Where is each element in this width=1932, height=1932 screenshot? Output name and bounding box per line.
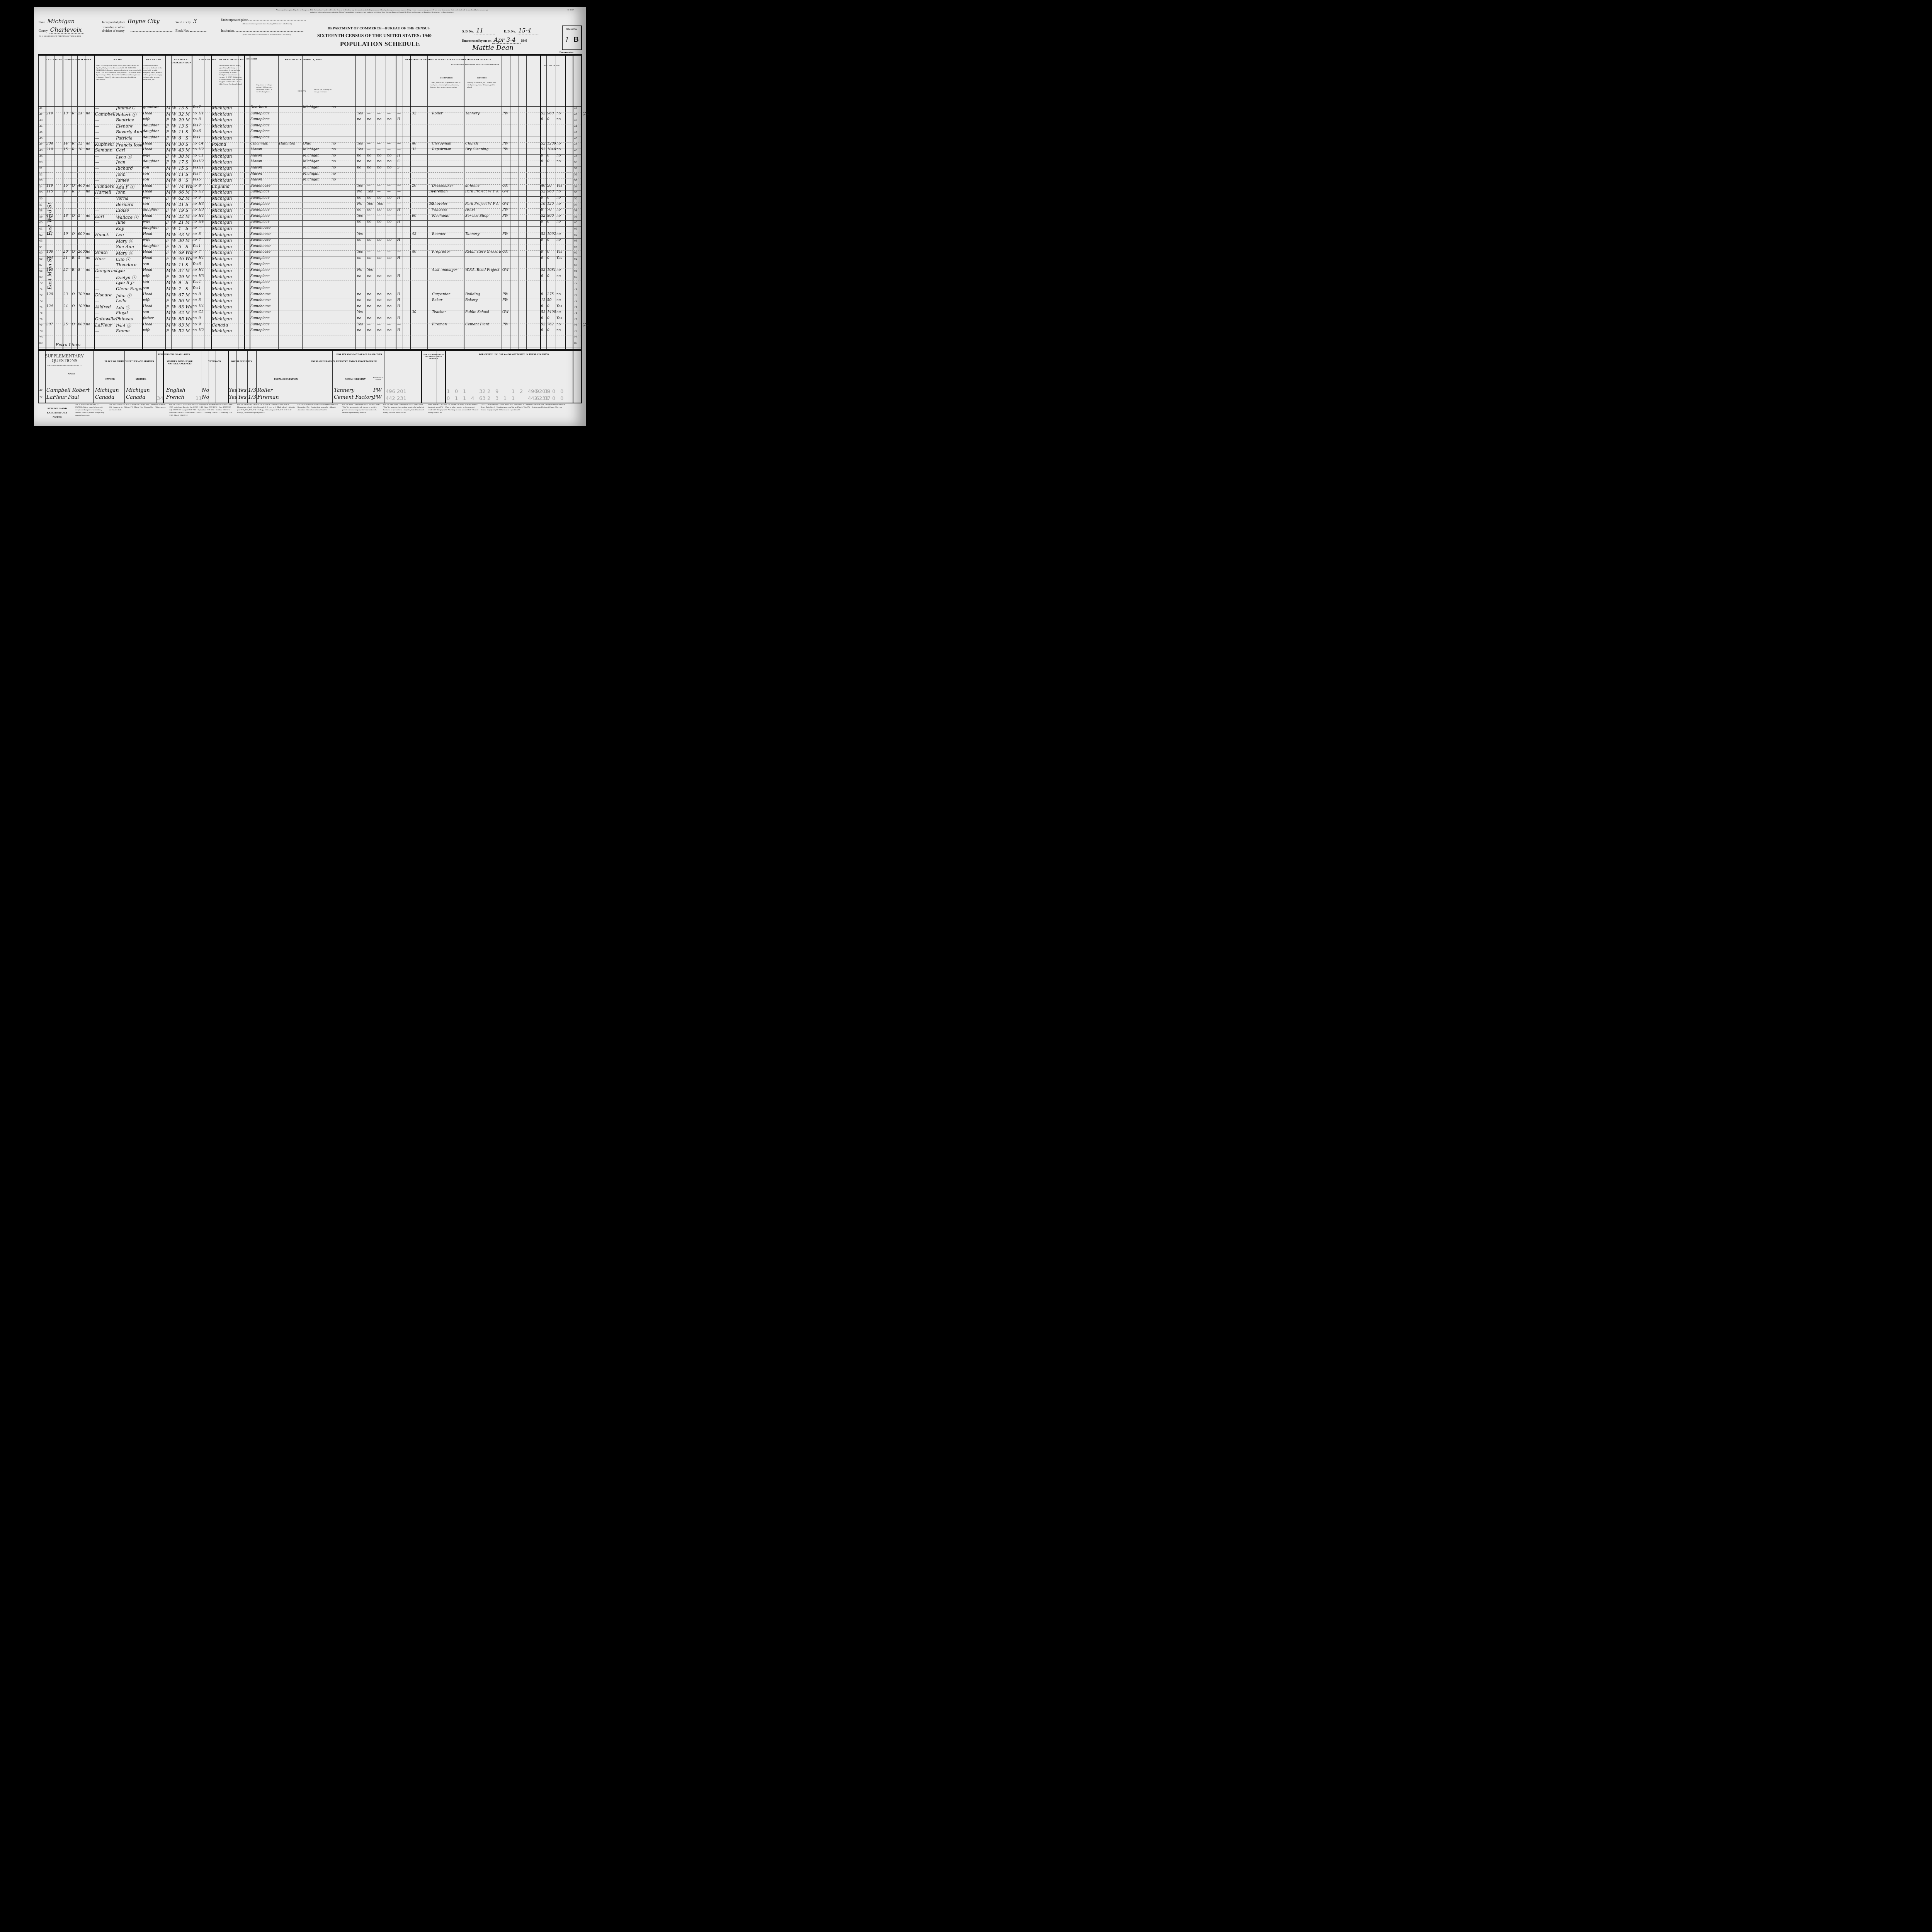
office-use-cell: 9 [495, 389, 498, 395]
cell-race: W [172, 226, 176, 231]
cell-birth: Michigan [212, 112, 232, 117]
cell-race: W [172, 214, 176, 219]
cell-rel: son [143, 286, 149, 290]
cell-age: 85 [179, 316, 184, 321]
cell-weeks: 0 [541, 304, 543, 308]
cell-w24: no [387, 208, 391, 212]
cell-weeks: 0 [541, 256, 543, 260]
cell-res-city: Samehouse [250, 232, 270, 236]
cell-given: Robert ⓧ [116, 112, 142, 118]
cell-ms: S [185, 105, 189, 111]
cell-w25: — [397, 190, 401, 194]
supp-cell-mother: Michigan [126, 388, 150, 393]
cell-w22: no [367, 304, 371, 308]
cell-rel: son [143, 172, 149, 176]
cell-line: 55 [39, 191, 43, 194]
cell-ms: Wd [185, 304, 192, 310]
cell-sex: F [166, 298, 169, 303]
cell-house: 115 [46, 190, 53, 194]
block-field: Block Nos. [175, 29, 207, 32]
cell-given: Kay [116, 226, 142, 231]
cell-w25: — [397, 214, 401, 218]
cell-res-city: Cincinnati [250, 142, 269, 146]
industry-examples: Industry or business, as— cotton mill, r… [467, 82, 498, 89]
supp-cell-mother: Canada [126, 395, 145, 400]
line-number-right: 68 [574, 270, 577, 272]
line-number-right: 47 [574, 143, 577, 146]
cell-race: W [172, 112, 176, 117]
supp-ss-header: SOCIAL SECURITY [230, 361, 253, 363]
cell-res-city: Sameplace [250, 280, 270, 284]
cell-sex: F [166, 117, 169, 122]
cell-ind: Cement Plant [465, 323, 501, 327]
cell-rel: daughter [143, 124, 159, 128]
cell-cls: PW [502, 298, 508, 302]
cell-weeks: 8 [541, 293, 543, 296]
cell-sex: M [166, 105, 170, 111]
cell-rel: son [143, 310, 149, 314]
cell-given: Floyd [116, 310, 142, 315]
cell-birth: Michigan [212, 136, 232, 141]
cell-sex: M [166, 293, 170, 298]
cell-w23: — [377, 323, 381, 327]
cell-res-farm: no [332, 148, 336, 151]
cell-surname: Samann [95, 148, 116, 153]
cell-fam: 20 [63, 250, 68, 254]
line-number-right: 62 [574, 234, 577, 236]
cell-res-city: Mason [250, 154, 262, 158]
line-number-right: 41 [574, 107, 577, 110]
cell-surname: Dangerman [95, 268, 116, 273]
cell-birth: Michigan [212, 268, 232, 273]
cell-race: W [172, 208, 176, 213]
cell-school: Yes [192, 160, 198, 163]
cell-weeks: 52 [541, 323, 545, 327]
cell-wages: 1400 [547, 310, 556, 314]
cell-res-city: Sameplace [250, 129, 270, 133]
cell-rel: Head [143, 148, 152, 151]
cell-cls: PW [502, 112, 508, 116]
cell-given: June [116, 220, 142, 225]
cell-ms: S [185, 172, 189, 177]
cell-race: W [172, 166, 176, 171]
name-instructions: Name of each person whose usual place of… [96, 65, 141, 81]
cell-surname: — [95, 298, 116, 303]
note-col16: Col. 16. CITIZENSHIP OF THE FOREIGN BORN… [298, 403, 340, 412]
cell-grade: 7 [199, 172, 201, 176]
cell-ms: S [185, 208, 189, 213]
cell-given: Ada F ⓧ [116, 184, 142, 190]
cell-surname: Houck [95, 232, 116, 237]
note-col5: Col. 5. VALUE OF HOME, IF OWNED: Where o… [75, 403, 106, 417]
cell-house: 119 [46, 184, 53, 188]
cell-race: W [172, 262, 176, 267]
cell-w22: no [367, 328, 371, 332]
cell-birth: England [212, 184, 230, 189]
cell-w24: — [387, 268, 391, 272]
cell-line: 47 [39, 143, 43, 146]
cell-birth: Michigan [212, 172, 232, 177]
line-number-right: 75 [574, 312, 577, 315]
cell-school: no [192, 232, 197, 236]
sheet-side: B [573, 36, 579, 44]
cell-other: no [556, 148, 561, 151]
line-number-right: 72 [574, 294, 577, 297]
cell-w25: H [397, 196, 400, 200]
cell-w23: no [377, 117, 381, 121]
cell-res-city: Sameplace [250, 286, 270, 290]
cell-w24: no [387, 316, 391, 320]
cell-surname: — [95, 220, 116, 225]
cell-given: Phineas [116, 316, 142, 321]
cell-res-state: Michigan [303, 148, 320, 151]
cell-cls: PW [502, 214, 508, 218]
cell-surname: — [95, 286, 116, 291]
supp-cell-ss-pct: 1/3 [248, 395, 256, 400]
institution-note: (Give name and also line numbers on whic… [243, 34, 291, 36]
cell-w25: — [397, 142, 401, 146]
cell-birth: Canada [212, 323, 228, 328]
cell-wages: 0 [547, 238, 549, 242]
cell-ind: W.P.A. Road Project [465, 268, 501, 272]
cell-birth: Michigan [212, 298, 232, 303]
cell-res-city: Samehouse [250, 184, 270, 188]
cell-given: Lyca ⓧ [116, 154, 142, 160]
cell-surname: Campbell [95, 112, 116, 117]
cell-sex: F [166, 226, 169, 231]
cell-rel: wife [143, 154, 150, 158]
cell-line: 64 [39, 246, 43, 248]
incorporated-place-field: Incorporated place Boyne City [102, 18, 168, 25]
cell-race: W [172, 178, 176, 183]
cell-other: Yes [556, 304, 562, 308]
cell-wages: 0 [547, 304, 549, 308]
cell-age: 29 [179, 117, 184, 122]
office-use-cell: 1 [463, 396, 466, 401]
block-value [190, 31, 207, 32]
cell-ms: M [185, 148, 190, 153]
cell-line: 69 [39, 276, 43, 279]
supplementary-question-tag: SUPPL. QUEST. [583, 323, 590, 327]
cell-age: 6 [179, 136, 181, 141]
cell-rel: wife [143, 298, 150, 302]
cell-own: R [72, 190, 75, 194]
cell-surname: Horr [95, 256, 116, 261]
cell-rel: grandson [143, 105, 160, 109]
cell-w21: Yes [357, 214, 363, 218]
line-number-right: 66 [574, 258, 577, 260]
cell-hours: 40 [412, 142, 416, 146]
city-col-header: City, town, or village having 2,500 or m… [256, 84, 275, 94]
cell-other: Yes [556, 184, 562, 188]
cell-school: no [192, 184, 197, 188]
cell-given: Glenn Eugene [116, 286, 142, 291]
cell-house: 219 [46, 112, 53, 116]
cell-sex: M [166, 268, 170, 273]
explanatory-notes: SYMBOLS AND EXPLANATORY NOTES Col. 5. VA… [38, 403, 580, 425]
cell-school: no [192, 328, 197, 332]
cell-rel: daughter [143, 160, 159, 163]
cell-hours: 32 [412, 112, 416, 116]
cell-res-state: Michigan [303, 166, 320, 170]
line-number-right: 77 [574, 324, 577, 327]
cell-rel: wife [143, 220, 150, 224]
cell-race: W [172, 154, 176, 159]
cell-w21: no [357, 304, 361, 308]
office-use-cell: 1 [455, 396, 458, 401]
cell-other: no [556, 196, 561, 200]
cell-sex: M [166, 202, 170, 207]
cell-w24: no [387, 117, 391, 121]
cell-line: 41 [39, 107, 43, 110]
cell-given: Leo [116, 232, 142, 237]
cell-school: no [192, 208, 197, 212]
cell-house: 304 [46, 142, 53, 146]
cell-other: no [556, 268, 561, 272]
cell-res-city: Samehouse [250, 293, 270, 296]
cell-res-city: Samehouse [250, 298, 270, 302]
cell-weeks: 0 [541, 154, 543, 158]
cell-res-state: Michigan [303, 154, 320, 158]
relation-instructions: Relationship of this person to the head … [143, 65, 162, 81]
cell-fam: 23 [63, 293, 68, 296]
cell-w25: — [397, 184, 401, 188]
cell-rel: daughter [143, 129, 159, 133]
cell-birth: Michigan [212, 208, 232, 213]
supp-usual-header: USUAL OCCUPATION, INDUSTRY, AND CLASS OF… [270, 361, 417, 363]
cell-surname: — [95, 262, 116, 267]
cell-ms: S [185, 124, 189, 129]
cell-surname: — [95, 226, 116, 231]
cell-weeks: 52 [541, 148, 545, 151]
cell-w24: no [387, 154, 391, 158]
cell-school: no [192, 202, 197, 206]
cell-weeks: 0 [541, 160, 543, 163]
cell-own: R [72, 268, 75, 272]
cell-ms: M [185, 328, 190, 333]
cell-grade: 8 [199, 184, 201, 188]
cell-farm: no [86, 304, 90, 308]
cell-w21: Yes [357, 112, 363, 116]
line-number-right: 52 [574, 173, 577, 176]
cell-sex: M [166, 178, 170, 183]
cell-age: 74 [179, 184, 184, 189]
cell-res-city: Sameplace [250, 328, 270, 332]
cell-sex: M [166, 280, 170, 285]
cell-ms: S [185, 178, 189, 183]
cell-fam: 19 [63, 232, 68, 236]
cell-occ: Mechanic [432, 214, 468, 218]
cell-given: Jimmie C [116, 105, 142, 111]
note-col14: Col. 14. HIGHEST GRADE OF SCHOOL COMPLET… [237, 403, 295, 414]
cell-ms: S [185, 202, 189, 207]
schedule-title: POPULATION SCHEDULE [340, 41, 420, 48]
cell-w21: Yes [357, 142, 363, 146]
note-col41: Col. 41. WAR OR MILITARY SERVICE: World … [481, 403, 566, 412]
cell-fam: 25 [63, 323, 68, 327]
margin-note-street-1: East Ward St [47, 202, 53, 236]
cell-w24: no [387, 166, 391, 170]
cell-wages: 1092 [547, 232, 556, 236]
cell-house: 124 [46, 304, 53, 308]
line-number-right: 57 [574, 204, 577, 206]
cell-line: 54 [39, 185, 43, 188]
cell-w24: no [387, 160, 391, 163]
cell-house: 307 [46, 323, 53, 327]
cell-w21: no [357, 238, 361, 242]
cell-value: 8 [78, 268, 80, 272]
cell-w24: — [387, 202, 391, 206]
cell-surname: — [95, 129, 116, 134]
cell-w22: no [367, 166, 371, 170]
office-use-cell: 1 [512, 396, 515, 401]
office-use-cell: 2 [487, 396, 490, 401]
supplementary-questions: SUPPLEMENTARY QUESTIONS For Persons Enum… [38, 350, 582, 403]
cell-rel: Head [143, 190, 152, 194]
cell-wages: 50 [547, 298, 551, 302]
supplementary-row: 77LaFleur PaulCanadaCanada34French11NoYe… [39, 395, 581, 402]
cell-rel: Head [143, 304, 152, 308]
cell-surname: — [95, 238, 116, 243]
cell-given: Wallace ⓧ [116, 214, 142, 220]
cell-w25: H [397, 304, 400, 308]
supp-over-14: FOR PERSONS 14 YEARS OLD AND OVER [301, 354, 417, 356]
cell-farm: no [86, 250, 90, 254]
cell-sex: M [166, 172, 170, 177]
cell-w23: — [377, 112, 381, 116]
cell-fam: 21 [63, 256, 68, 260]
cell-line: 46 [39, 137, 43, 140]
cell-w22: no [367, 196, 371, 200]
cell-surname: — [95, 178, 116, 183]
cell-line: 42 [39, 113, 43, 116]
county-col-header: COUNTY [292, 90, 311, 93]
cell-wages: 762 [547, 323, 554, 327]
cell-school: no [192, 298, 197, 302]
cell-res-city: Sameplace [250, 268, 270, 272]
cell-other: no [556, 232, 561, 236]
cell-line: 79 [39, 336, 43, 339]
cell-w21: no [357, 208, 361, 212]
cell-line: 48 [39, 149, 43, 152]
cell-weeks: 0 [541, 250, 543, 254]
cell-grade: 1 [199, 244, 201, 248]
supp-cell-ss-pct: 1/3 [248, 388, 256, 393]
cell-line: 67 [39, 264, 43, 267]
data-rows: 41—Jimmie CgrandsonMW13SYes7MichiganDear… [39, 106, 581, 349]
cell-wages: 0 [547, 274, 549, 278]
cell-w23: — [377, 310, 381, 314]
cell-rel: daughter [143, 244, 159, 248]
cell-ms: M [185, 238, 190, 243]
cell-wages: 800 [547, 214, 554, 218]
confidentiality-notice: Your report is required by Act of Congre… [274, 9, 490, 14]
cell-ms: M [185, 323, 190, 328]
cell-line: 76 [39, 318, 43, 321]
cell-w21: no [357, 154, 361, 158]
cell-occ: Foreman [432, 190, 468, 194]
cell-res-city: Samehouse [250, 238, 270, 242]
cell-w24: — [387, 112, 391, 116]
cell-rel: son [143, 280, 149, 284]
cell-ms: M [185, 310, 190, 315]
supplementary-question-tag: SUPPL. QUEST. [583, 112, 590, 116]
cell-rel: Head [143, 250, 152, 254]
cell-ms: M [185, 117, 190, 122]
cell-res-city: Samehouse [250, 226, 270, 230]
cell-wages: 0 [547, 250, 549, 254]
cell-race: W [172, 293, 176, 298]
occupation-examples: Trade, profession, or particular kind of… [430, 82, 461, 89]
cell-birth: Michigan [212, 214, 232, 219]
cell-race: W [172, 202, 176, 207]
cell-age: 11 [179, 262, 184, 267]
cell-ms: M [185, 196, 190, 201]
cell-school: Yes [192, 105, 198, 109]
cell-wages: 0 [547, 196, 549, 200]
cell-cls: OA [502, 250, 508, 254]
line-number-right: 73 [574, 300, 577, 303]
cell-sex: F [166, 328, 169, 333]
cell-w24: no [387, 304, 391, 308]
cell-ind: Dry Cleaning [465, 148, 501, 151]
cell-w24: — [387, 310, 391, 314]
cell-race: W [172, 274, 176, 279]
cell-wages: 50 [547, 184, 551, 188]
cell-w22: no [367, 208, 371, 212]
cell-weeks: 0 [541, 196, 543, 200]
cell-grade: 7 [199, 238, 201, 242]
cell-res-farm: no [332, 160, 336, 163]
cell-grade: H4 [199, 268, 204, 272]
cell-w24: — [387, 214, 391, 218]
cell-w21: Yes [357, 232, 363, 236]
cell-ms: M [185, 232, 190, 237]
supp-usual-ind-col: USUAL INDUSTRY [340, 378, 371, 381]
cell-weeks: 52 [541, 268, 545, 272]
cell-grade: H4 [199, 256, 204, 260]
cell-sex: M [166, 286, 170, 291]
note-col10: Col. 10. COLOR OR RACE: White W · Negro … [109, 403, 167, 412]
cell-wages: 1200 [547, 142, 556, 146]
note-col24: Col. 24. DID THIS PERSON HAVE A JOB? Ent… [383, 403, 426, 414]
cell-age: 43 [179, 232, 184, 237]
section-education: EDUCATION [198, 58, 217, 61]
cell-age: 67 [179, 293, 184, 298]
cell-w25: H [397, 298, 400, 302]
cell-ms: S [185, 142, 189, 147]
supp-veterans-header: VETERANS [203, 361, 226, 363]
cell-surname: — [95, 117, 116, 122]
cell-line: 53 [39, 179, 43, 182]
cell-res-farm: no [332, 166, 336, 170]
cell-res-state: Michigan [303, 160, 320, 163]
supp-all-ages: FOR PERSONS OF ALL AGES [93, 354, 255, 356]
cell-w22: no [367, 256, 371, 260]
cell-surname: — [95, 196, 116, 201]
cell-rel: son [143, 166, 149, 170]
section-birth: PLACE OF BIRTH [218, 58, 245, 61]
cell-sex: M [166, 112, 170, 117]
cell-grade: H3 [199, 208, 204, 212]
cell-weeks: 0 [541, 117, 543, 121]
cell-ind: Tannery [465, 232, 501, 236]
cell-house: 106 [46, 250, 53, 254]
office-use-cell: 1 [463, 389, 466, 395]
cell-w25: — [397, 202, 401, 206]
line-number-right: 55 [574, 191, 577, 194]
line-number-right: 69 [574, 276, 577, 279]
